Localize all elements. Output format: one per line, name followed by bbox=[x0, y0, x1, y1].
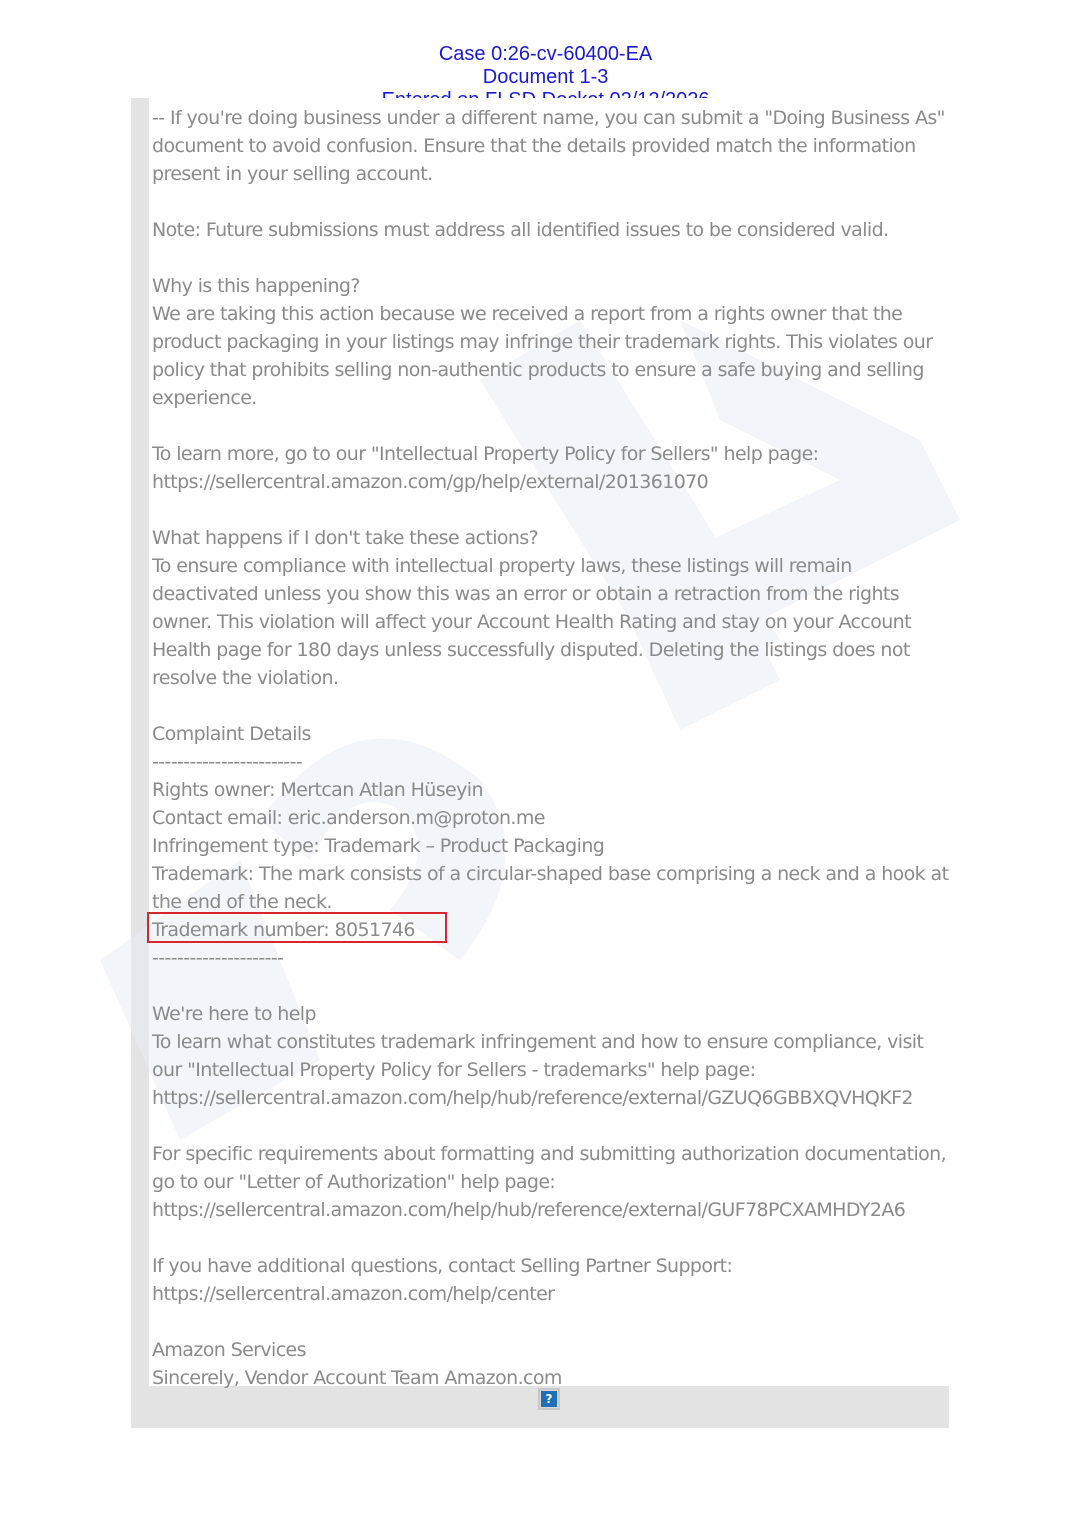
email-text-line: deactivated unless you show this was an … bbox=[152, 580, 952, 608]
help-link[interactable]: https://sellercentral.amazon.com/help/ce… bbox=[152, 1280, 952, 1308]
email-text-line: ------------------------ bbox=[152, 748, 952, 776]
email-text-line: present in your selling account. bbox=[152, 160, 952, 188]
email-text-line: To learn what constitutes trademark infr… bbox=[152, 1028, 952, 1056]
email-text-line: product packaging in your listings may i… bbox=[152, 328, 952, 356]
email-text-line: To learn more, go to our "Intellectual P… bbox=[152, 440, 952, 468]
email-text-line: Note: Future submissions must address al… bbox=[152, 216, 952, 244]
blank-line bbox=[152, 496, 952, 524]
email-text-line: document to avoid confusion. Ensure that… bbox=[152, 132, 952, 160]
blank-line bbox=[152, 244, 952, 272]
email-text-line: our "Intellectual Property Policy for Se… bbox=[152, 1056, 952, 1084]
email-text-line: experience. bbox=[152, 384, 952, 412]
email-text-line: To ensure compliance with intellectual p… bbox=[152, 552, 952, 580]
question-mark-icon: ? bbox=[541, 1391, 557, 1407]
email-text-line: We are taking this action because we rec… bbox=[152, 300, 952, 328]
email-text-line: Amazon Services bbox=[152, 1336, 952, 1364]
email-text-line: resolve the violation. bbox=[152, 664, 952, 692]
email-text-line: Why is this happening? bbox=[152, 272, 952, 300]
blank-line bbox=[152, 1308, 952, 1336]
email-text-line: -- If you're doing business under a diff… bbox=[152, 104, 952, 132]
email-text-line: What happens if I don't take these actio… bbox=[152, 524, 952, 552]
blank-line bbox=[152, 972, 952, 1000]
help-icon[interactable]: ? bbox=[538, 1388, 560, 1410]
email-text-line: We're here to help bbox=[152, 1000, 952, 1028]
document-number: Document 1-3 bbox=[483, 66, 609, 88]
help-link[interactable]: https://sellercentral.amazon.com/help/hu… bbox=[152, 1084, 952, 1112]
email-text-line: go to our "Letter of Authorization" help… bbox=[152, 1168, 952, 1196]
email-text-line: --------------------- bbox=[152, 944, 952, 972]
email-text-line: Infringement type: Trademark – Product P… bbox=[152, 832, 952, 860]
email-text-line: Health page for 180 days unless successf… bbox=[152, 636, 952, 664]
email-text-line: For specific requirements about formatti… bbox=[152, 1140, 952, 1168]
blank-line bbox=[152, 188, 952, 216]
case-number: Case 0:26-cv-60400-EA bbox=[439, 43, 652, 65]
blank-line bbox=[152, 412, 952, 440]
help-link[interactable]: https://sellercentral.amazon.com/help/hu… bbox=[152, 1196, 952, 1224]
email-text-line: owner. This violation will affect your A… bbox=[152, 608, 952, 636]
email-text-line: Complaint Details bbox=[152, 720, 952, 748]
blank-line bbox=[152, 692, 952, 720]
email-body: -- If you're doing business under a diff… bbox=[152, 104, 952, 1392]
trademark-number-highlight bbox=[147, 912, 447, 943]
blank-line bbox=[152, 1224, 952, 1252]
email-text-line: Trademark: The mark consists of a circul… bbox=[152, 860, 952, 888]
email-text-line: Rights owner: Mertcan Atlan Hüseyin bbox=[152, 776, 952, 804]
email-text-line: policy that prohibits selling non-authen… bbox=[152, 356, 952, 384]
blank-line bbox=[152, 1112, 952, 1140]
email-text-line: If you have additional questions, contac… bbox=[152, 1252, 952, 1280]
email-text-line: Contact email: eric.anderson.m@proton.me bbox=[152, 804, 952, 832]
help-link[interactable]: https://sellercentral.amazon.com/gp/help… bbox=[152, 468, 952, 496]
